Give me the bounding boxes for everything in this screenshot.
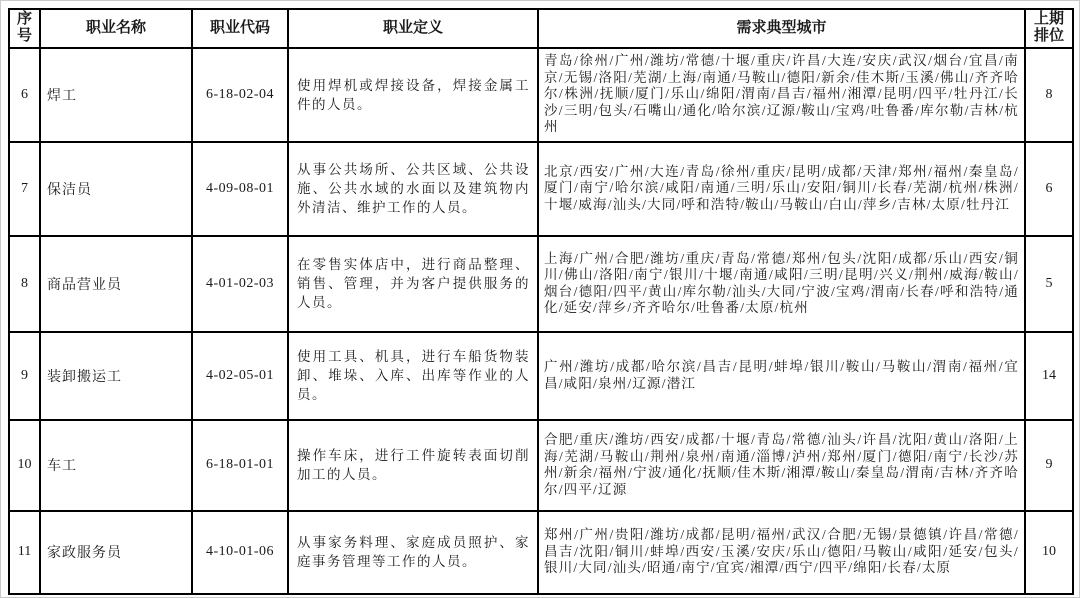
cell-seq: 7	[9, 142, 40, 236]
cell-code: 4-10-01-06	[192, 511, 288, 594]
cell-cities: 北京/西安/广州/大连/青岛/徐州/重庆/昆明/成都/天津/郑州/福州/秦皇岛/…	[538, 142, 1025, 236]
header-seq: 序号	[9, 9, 40, 48]
header-occupation-code: 职业代码	[192, 9, 288, 48]
cell-definition: 从事公共场所、公共区域、公共设施、公共水域的水面以及建筑物内外清洁、维护工作的人…	[288, 142, 538, 236]
cell-code: 6-18-02-04	[192, 48, 288, 142]
table-row: 8 商品营业员 4-01-02-03 在零售实体店中，进行商品整理、销售、管理，…	[9, 236, 1073, 332]
cell-code: 4-09-08-01	[192, 142, 288, 236]
cell-code: 4-01-02-03	[192, 236, 288, 332]
cell-rank: 10	[1025, 511, 1073, 594]
cell-definition: 从事家务料理、家庭成员照护、家庭事务管理等工作的人员。	[288, 511, 538, 594]
cell-seq: 10	[9, 420, 40, 511]
cell-definition: 使用焊机或焊接设备，焊接金属工件的人员。	[288, 48, 538, 142]
table-row: 7 保洁员 4-09-08-01 从事公共场所、公共区域、公共设施、公共水域的水…	[9, 142, 1073, 236]
cell-name: 商品营业员	[40, 236, 192, 332]
header-demand-cities: 需求典型城市	[538, 9, 1025, 48]
cell-cities: 上海/广州/合肥/潍坊/重庆/青岛/常德/郑州/包头/沈阳/成都/乐山/西安/铜…	[538, 236, 1025, 332]
cell-rank: 5	[1025, 236, 1073, 332]
cell-definition: 在零售实体店中，进行商品整理、销售、管理，并为客户提供服务的人员。	[288, 236, 538, 332]
cell-seq: 9	[9, 332, 40, 420]
table-row: 11 家政服务员 4-10-01-06 从事家务料理、家庭成员照护、家庭事务管理…	[9, 511, 1073, 594]
cell-name: 保洁员	[40, 142, 192, 236]
cell-name: 家政服务员	[40, 511, 192, 594]
table-header-row: 序号 职业名称 职业代码 职业定义 需求典型城市 上期排位	[9, 9, 1073, 48]
document-page: 序号 职业名称 职业代码 职业定义 需求典型城市 上期排位 6 焊工 6-18-…	[0, 0, 1080, 598]
occupation-ranking-table: 序号 职业名称 职业代码 职业定义 需求典型城市 上期排位 6 焊工 6-18-…	[8, 8, 1074, 595]
cell-rank: 6	[1025, 142, 1073, 236]
cell-seq: 8	[9, 236, 40, 332]
cell-cities: 合肥/重庆/潍坊/西安/成都/十堰/青岛/常德/汕头/许昌/沈阳/黄山/洛阳/上…	[538, 420, 1025, 511]
header-occupation-definition: 职业定义	[288, 9, 538, 48]
cell-definition: 使用工具、机具，进行车船货物装卸、堆垛、入库、出库等作业的人员。	[288, 332, 538, 420]
table-row: 9 装卸搬运工 4-02-05-01 使用工具、机具，进行车船货物装卸、堆垛、入…	[9, 332, 1073, 420]
cell-cities: 青岛/徐州/广州/潍坊/常德/十堰/重庆/许昌/大连/安庆/武汉/烟台/宜昌/南…	[538, 48, 1025, 142]
header-previous-rank: 上期排位	[1025, 9, 1073, 48]
cell-name: 车工	[40, 420, 192, 511]
cell-code: 4-02-05-01	[192, 332, 288, 420]
header-occupation-name: 职业名称	[40, 9, 192, 48]
cell-seq: 6	[9, 48, 40, 142]
cell-definition: 操作车床，进行工件旋转表面切削加工的人员。	[288, 420, 538, 511]
cell-rank: 9	[1025, 420, 1073, 511]
cell-code: 6-18-01-01	[192, 420, 288, 511]
cell-rank: 8	[1025, 48, 1073, 142]
table-row: 10 车工 6-18-01-01 操作车床，进行工件旋转表面切削加工的人员。 合…	[9, 420, 1073, 511]
cell-seq: 11	[9, 511, 40, 594]
cell-rank: 14	[1025, 332, 1073, 420]
cell-name: 焊工	[40, 48, 192, 142]
cell-cities: 广州/潍坊/成都/哈尔滨/昌吉/昆明/蚌埠/银川/鞍山/马鞍山/渭南/福州/宜昌…	[538, 332, 1025, 420]
cell-name: 装卸搬运工	[40, 332, 192, 420]
cell-cities: 郑州/广州/贵阳/潍坊/成都/昆明/福州/武汉/合肥/无锡/景德镇/许昌/常德/…	[538, 511, 1025, 594]
table-row: 6 焊工 6-18-02-04 使用焊机或焊接设备，焊接金属工件的人员。 青岛/…	[9, 48, 1073, 142]
